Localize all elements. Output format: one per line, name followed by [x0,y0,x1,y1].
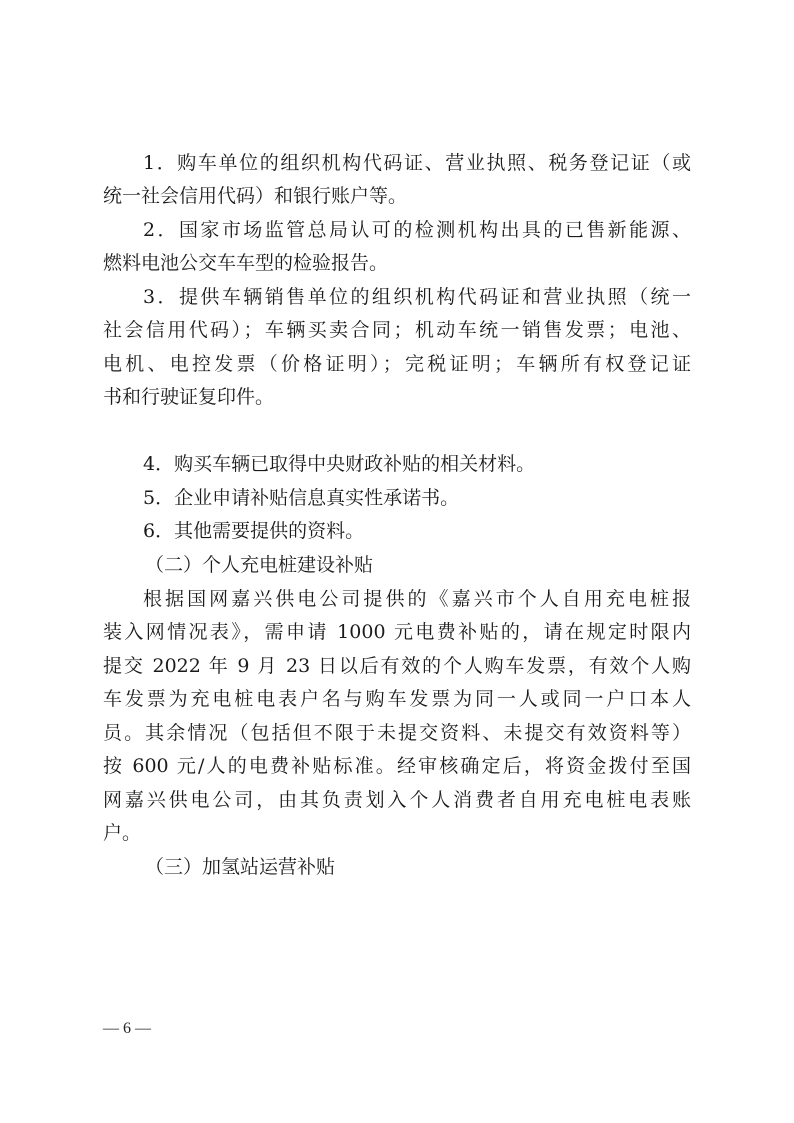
list-item-1-line-1: 1．购车单位的组织机构代码证、营业执照、税务登记证（或 [143,151,691,175]
paragraph-line-3: 提交 2022 年 9 月 23 日以后有效的个人购车发票，有效个人购 [103,654,691,678]
paragraph-line-1: 根据国网嘉兴供电公司提供的《嘉兴市个人自用充电桩报 [143,587,691,611]
list-item-2-line-1: 2．国家市场监管总局认可的检测机构出具的已售新能源、 [143,218,691,242]
paragraph-line-7: 网嘉兴供电公司，由其负责划入个人消费者自用充电桩电表账 [103,788,691,812]
paragraph-line-8: 户。 [103,821,691,845]
list-item-2-line-2: 燃料电池公交车车型的检验报告。 [103,251,691,275]
list-item-3-line-1: 3．提供车辆销售单位的组织机构代码证和营业执照（统一 [143,285,691,309]
document-page: 1．购车单位的组织机构代码证、营业执照、税务登记证（或 统一社会信用代码）和银行… [0,0,794,1123]
paragraph-line-4: 车发票为充电桩电表户名与购车发票为同一人或同一户口本人 [103,687,691,711]
list-item-4: 4．购买车辆已取得中央财政补贴的相关材料。 [143,452,691,476]
list-item-6: 6．其他需要提供的资料。 [143,519,691,543]
paragraph-line-2: 装入网情况表》，需申请 1000 元电费补贴的，请在规定时限内 [103,620,691,644]
paragraph-line-6: 按 600 元/人的电费补贴标准。经审核确定后，将资金拨付至国 [103,754,691,778]
list-item-1-line-2: 统一社会信用代码）和银行账户等。 [103,184,691,208]
page-number: — 6 — [103,1020,151,1038]
paragraph-line-5: 员。其余情况（包括但不限于未提交资料、未提交有效资料等） [103,721,691,745]
section-heading-2: （二）个人充电桩建设补贴 [145,553,693,577]
section-heading-3: （三）加氢站运营补贴 [145,855,693,879]
list-item-3-line-2: 社会信用代码）；车辆买卖合同；机动车统一销售发票；电池、 [103,318,691,342]
list-item-3-line-4: 书和行驶证复印件。 [103,385,691,409]
list-item-5: 5．企业申请补贴信息真实性承诺书。 [143,486,691,510]
list-item-3-line-3: 电机、电控发票（价格证明）；完税证明；车辆所有权登记证 [103,352,691,376]
